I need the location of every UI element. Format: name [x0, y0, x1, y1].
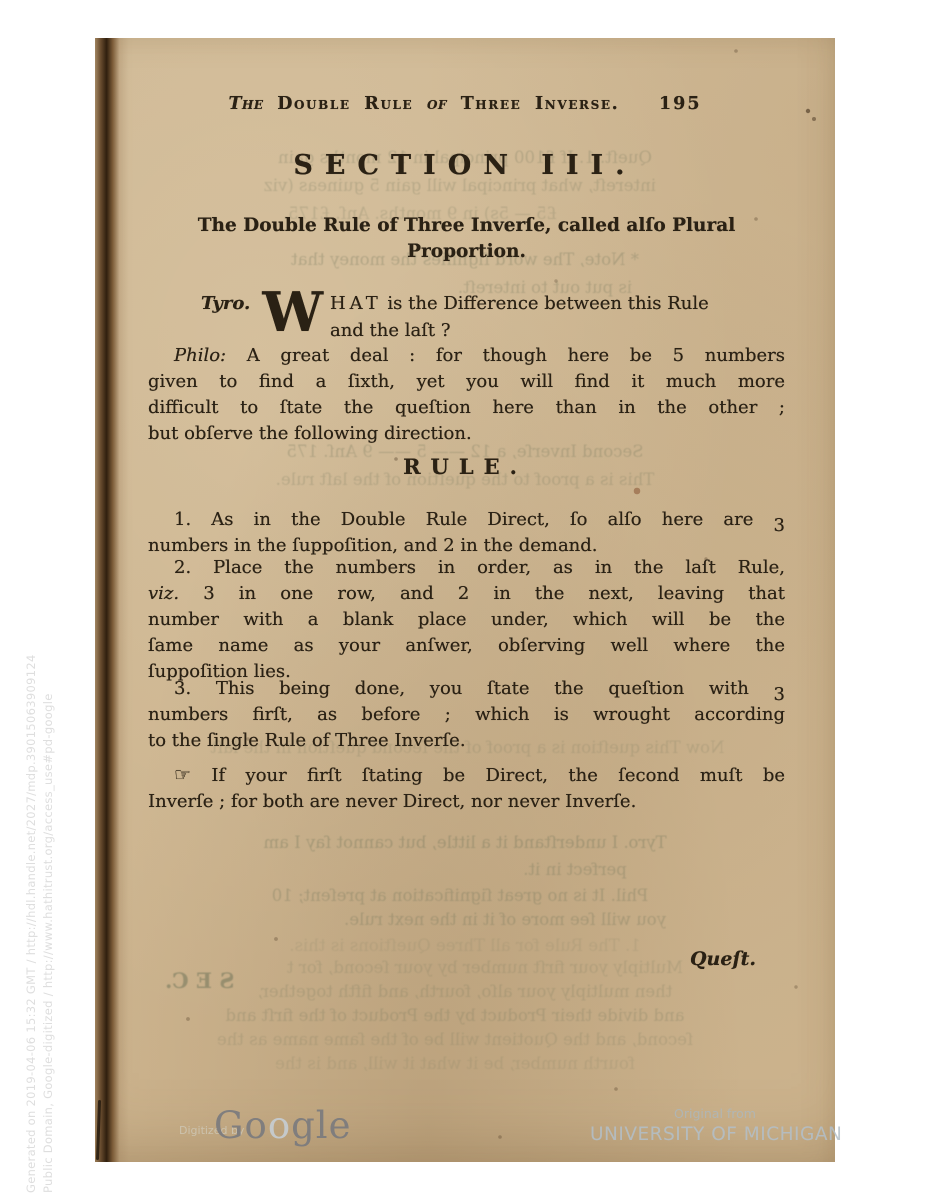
- ghost-text-line: Tyro. I underſtand it a little, but cann…: [150, 833, 780, 852]
- rule1-line1: 1. As in the Double Rule Direct, ſo alſo…: [148, 507, 785, 533]
- tyro-hat: HAT: [330, 293, 382, 314]
- subtitle-line1: The Double Rule of Three Inverſe, called…: [148, 213, 785, 239]
- pointing-hand-icon: ☞: [174, 764, 191, 786]
- rule2-line2-rest: 3 in one row, and 2 in the next, leaving…: [179, 583, 785, 604]
- tyro-line1-rest: is the Difference between this Rule: [382, 293, 709, 314]
- ghost-text-line: 1. The Rule for all Three Queſtions is t…: [215, 936, 715, 955]
- ghost-text-line: then multiply your alſo, fourth, and fif…: [195, 982, 735, 1001]
- subtitle-line2: Proportion.: [148, 239, 785, 265]
- ghost-text-line: Multiply your firſt number by your ſecon…: [245, 958, 725, 977]
- rule-heading: RULE.: [95, 454, 835, 479]
- rule2-line4: ſame name as your anſwer, obſerving well…: [148, 633, 785, 659]
- rule-item-3: 3. This being done, you ſtate the queſti…: [148, 676, 785, 754]
- speaker-tyro: Tyro.: [201, 288, 250, 314]
- rule1-dropped-numeral: 3: [774, 513, 785, 539]
- catchword-quest: Queſt.: [690, 948, 756, 970]
- rule3-line1: 3. This being done, you ſtate the queſti…: [148, 676, 785, 702]
- ghost-text-line: ſecond, and the Quotient will be of the …: [155, 1030, 755, 1049]
- ghost-text-line: perfect in it.: [495, 860, 655, 879]
- page-number: 195: [659, 94, 702, 114]
- philo-line2: given to find a ſixth, yet you will find…: [148, 369, 785, 395]
- ghost-text-line: you will ſee more of it in the next rule…: [275, 910, 735, 929]
- hand-note-paragraph: ☞ If your firſt ſtating be Direct, the ſ…: [148, 762, 785, 815]
- rule2-line1: 2. Place the numbers in order, as in the…: [148, 555, 785, 581]
- hathitrust-public-domain-line: Public Domain, Google-digitized / http:/…: [41, 693, 55, 1193]
- rule-item-1: 1. As in the Double Rule Direct, ſo alſo…: [148, 507, 785, 559]
- dropcap-w: W: [262, 288, 323, 336]
- rule1-line1-main: 1. As in the Double Rule Direct, ſo alſo…: [174, 509, 753, 530]
- hand-note-line2: Inverſe ; for both are never Direct, nor…: [148, 789, 785, 815]
- ghost-text-line: and divide their Product by the Product …: [155, 1006, 755, 1025]
- ghost-text-line: Phil. It is no great ſignification at pr…: [150, 886, 770, 905]
- rule3-line1-main: 3. This being done, you ſtate the queſti…: [174, 678, 749, 699]
- philo-line4: but obſerve the following direction.: [148, 421, 785, 447]
- philo-paragraph: Philo: A great deal : for though here be…: [148, 343, 785, 447]
- tyro-paragraph: Tyro. W HAT is the Difference between th…: [201, 288, 709, 344]
- running-header-part1: Double Rule: [277, 94, 413, 114]
- running-header-part2: Three Inverse.: [461, 94, 620, 114]
- rule3-line3: to the ſingle Rule of Three Inverſe.: [148, 728, 785, 754]
- running-header: The Double Rule of Three Inverse. 195: [95, 94, 835, 114]
- philo-line3: difficult to ſtate the queſtion here tha…: [148, 395, 785, 421]
- philo-line1: Philo: A great deal : for though here be…: [148, 343, 785, 369]
- google-logo-part1: Go: [214, 1104, 268, 1147]
- tyro-line1: HAT is the Difference between this Rule: [330, 290, 709, 317]
- running-header-the: The: [228, 94, 263, 114]
- google-logo-light-o: o: [268, 1104, 291, 1147]
- rule2-viz: viz.: [148, 583, 179, 604]
- section-heading: SECTION III.: [95, 150, 835, 181]
- hathitrust-generated-timestamp-line: Generated on 2019-04-06 15:32 GMT / http…: [24, 654, 38, 1193]
- philo-line1-rest: A great deal : for though here be 5 numb…: [226, 345, 785, 366]
- google-watermark-logo: Google: [214, 1104, 352, 1147]
- university-of-michigan-label: UNIVERSITY OF MICHIGAN: [590, 1124, 820, 1145]
- google-logo-part2: gle: [291, 1104, 351, 1147]
- rule2-line2: viz. 3 in one row, and 2 in the next, le…: [148, 581, 785, 607]
- speaker-philo: Philo:: [174, 345, 226, 366]
- rule3-line2: numbers firſt, as before ; which is wrou…: [148, 702, 785, 728]
- running-header-of: of: [427, 94, 447, 114]
- chapter-subtitle: The Double Rule of Three Inverſe, called…: [148, 213, 785, 265]
- screenshot-root: { "sidebar": { "line1": "Generated on 20…: [0, 0, 927, 1200]
- tyro-line2: and the laſt ?: [330, 317, 709, 344]
- scanned-book-page: Queſt. 1. If £100 principal in 12 months…: [95, 38, 835, 1162]
- rule3-dropped-numeral: 3: [774, 682, 785, 708]
- rule-item-2: 2. Place the numbers in order, as in the…: [148, 555, 785, 685]
- hand-note-line1: ☞ If your firſt ſtating be Direct, the ſ…: [148, 762, 785, 789]
- original-from-label: Original from: [635, 1106, 795, 1121]
- hand-note-line1-rest: If your firſt ſtating be Direct, the ſec…: [191, 765, 785, 786]
- ghost-text-line: fourth number, be it what it will, and i…: [195, 1054, 715, 1073]
- rule2-line3: number with a blank place under, which w…: [148, 607, 785, 633]
